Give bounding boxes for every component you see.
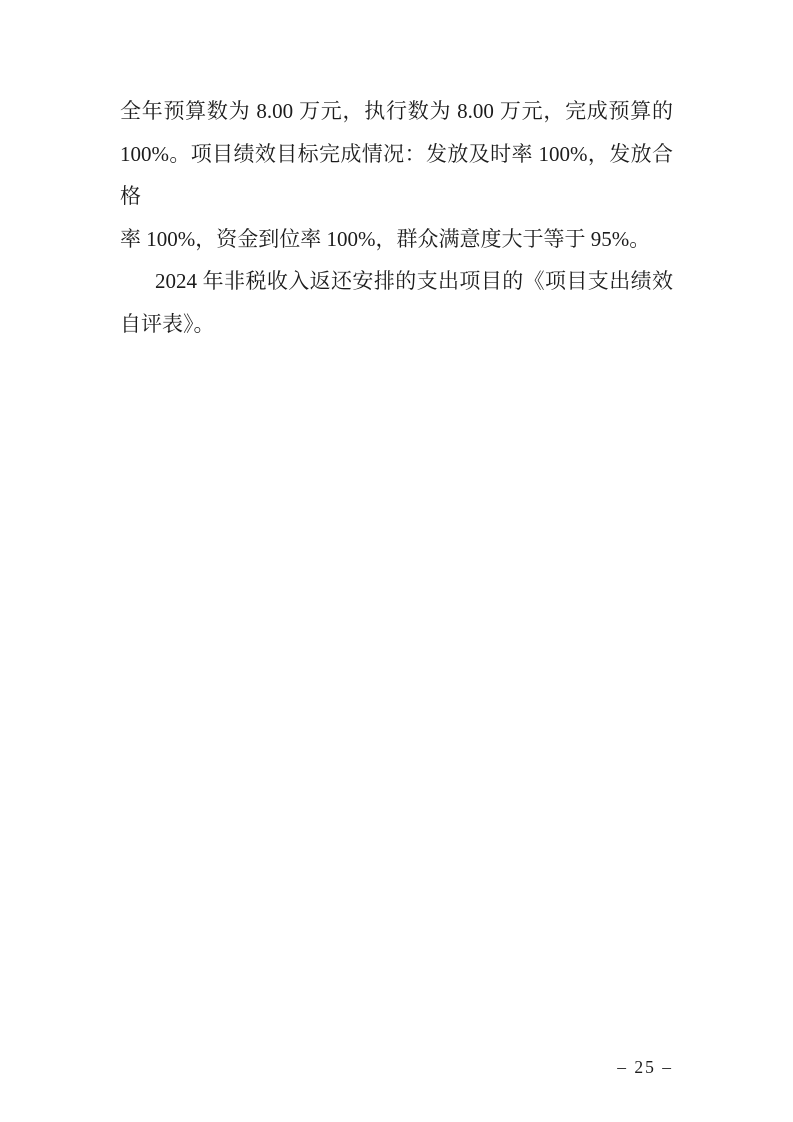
text-line-4: 2024 年非税收入返还安排的支出项目的《项目支出绩效 [120,260,673,303]
paragraph-budget-completion: 全年预算数为 8.00 万元，执行数为 8.00 万元，完成预算的 100%。项… [120,90,673,260]
page-number: – 25 – [120,1055,673,1079]
paragraph-self-assessment-table: 2024 年非税收入返还安排的支出项目的《项目支出绩效 自评表》。 [120,260,673,345]
text-line-1: 全年预算数为 8.00 万元，执行数为 8.00 万元，完成预算的 [120,90,673,133]
body-text: 全年预算数为 8.00 万元，执行数为 8.00 万元，完成预算的 100%。项… [120,90,673,345]
text-line-3: 率 100%，资金到位率 100%，群众满意度大于等于 95%。 [120,218,673,261]
document-page: 全年预算数为 8.00 万元，执行数为 8.00 万元，完成预算的 100%。项… [0,0,793,1122]
text-line-2: 100%。项目绩效目标完成情况：发放及时率 100%，发放合格 [120,133,673,218]
text-line-5: 自评表》。 [120,303,673,346]
